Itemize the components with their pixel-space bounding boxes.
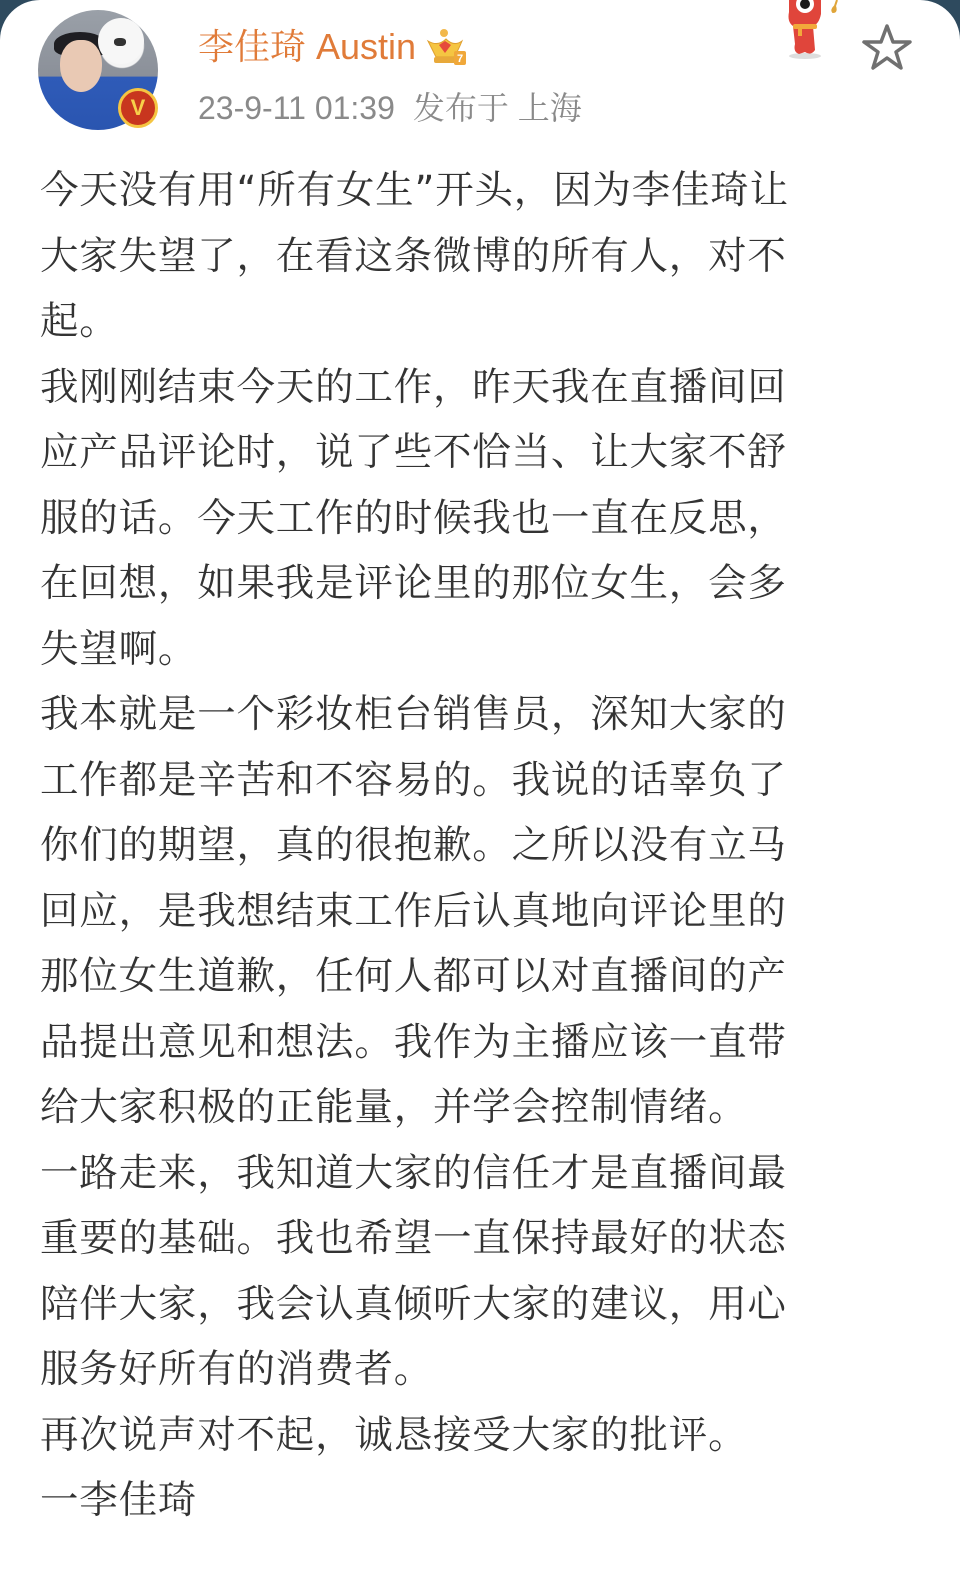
post-body-line: 服的话。今天工作的时候我也一直在反思， bbox=[40, 486, 920, 552]
post-header: V 李佳琦 Austin 7 23-9-11 01:39发布于 上海 bbox=[0, 0, 960, 140]
post-body-line: 起。 bbox=[40, 289, 920, 355]
post-body-line: 工作都是辛苦和不容易的。我说的话辜负了 bbox=[40, 748, 920, 814]
post-body-line: 我本就是一个彩妆柜台销售员，深知大家的 bbox=[40, 682, 920, 748]
post-body-line: 再次说声对不起，诚恳接受大家的批评。 bbox=[40, 1403, 920, 1469]
weibo-post-card: V 李佳琦 Austin 7 23-9-11 01:39发布于 上海 bbox=[0, 0, 960, 1578]
post-meta: 23-9-11 01:39发布于 上海 bbox=[198, 86, 582, 130]
verified-badge-icon: V bbox=[118, 88, 158, 128]
post-body-line: 服务好所有的消费者。 bbox=[40, 1337, 920, 1403]
post-body-line: 在回想，如果我是评论里的那位女生，会多 bbox=[40, 551, 920, 617]
author-name-row: 李佳琦 Austin 7 bbox=[198, 22, 468, 72]
mascot-sticker-icon bbox=[775, 0, 855, 60]
post-timestamp: 23-9-11 01:39 bbox=[198, 90, 395, 126]
post-signature: 一李佳琦 bbox=[40, 1468, 920, 1534]
avatar-face bbox=[60, 40, 102, 92]
post-body-line: 陪伴大家，我会认真倾听大家的建议，用心 bbox=[40, 1272, 920, 1338]
svg-text:7: 7 bbox=[457, 53, 463, 65]
author-name[interactable]: 李佳琦 Austin bbox=[198, 22, 416, 72]
crown-member-icon[interactable]: 7 bbox=[424, 27, 468, 67]
post-body-line: 那位女生道歉，任何人都可以对直播间的产 bbox=[40, 944, 920, 1010]
post-body-line: 品提出意见和想法。我作为主播应该一直带 bbox=[40, 1010, 920, 1076]
post-body: 今天没有用“所有女生”开头，因为李佳琦让 大家失望了，在看这条微博的所有人，对不… bbox=[40, 158, 920, 1534]
star-outline-icon bbox=[858, 20, 916, 74]
post-body-line: 应产品评论时，说了些不恰当、让大家不舒 bbox=[40, 420, 920, 486]
post-body-line: 大家失望了，在看这条微博的所有人，对不 bbox=[40, 224, 920, 290]
post-body-line: 给大家积极的正能量，并学会控制情绪。 bbox=[40, 1075, 920, 1141]
post-body-line: 失望啊。 bbox=[40, 617, 920, 683]
post-body-line: 回应，是我想结束工作后认真地向评论里的 bbox=[40, 879, 920, 945]
post-body-line: 你们的期望，真的很抱歉。之所以没有立马 bbox=[40, 813, 920, 879]
post-body-line: 重要的基础。我也希望一直保持最好的状态 bbox=[40, 1206, 920, 1272]
post-body-line: 一路走来，我知道大家的信任才是直播间最 bbox=[40, 1141, 920, 1207]
post-body-line: 今天没有用“所有女生”开头，因为李佳琦让 bbox=[40, 158, 920, 224]
avatar-dog bbox=[98, 18, 144, 64]
favorite-button[interactable] bbox=[858, 20, 916, 74]
post-body-line: 我刚刚结束今天的工作，昨天我在直播间回 bbox=[40, 355, 920, 421]
post-location: 发布于 上海 bbox=[413, 90, 582, 126]
